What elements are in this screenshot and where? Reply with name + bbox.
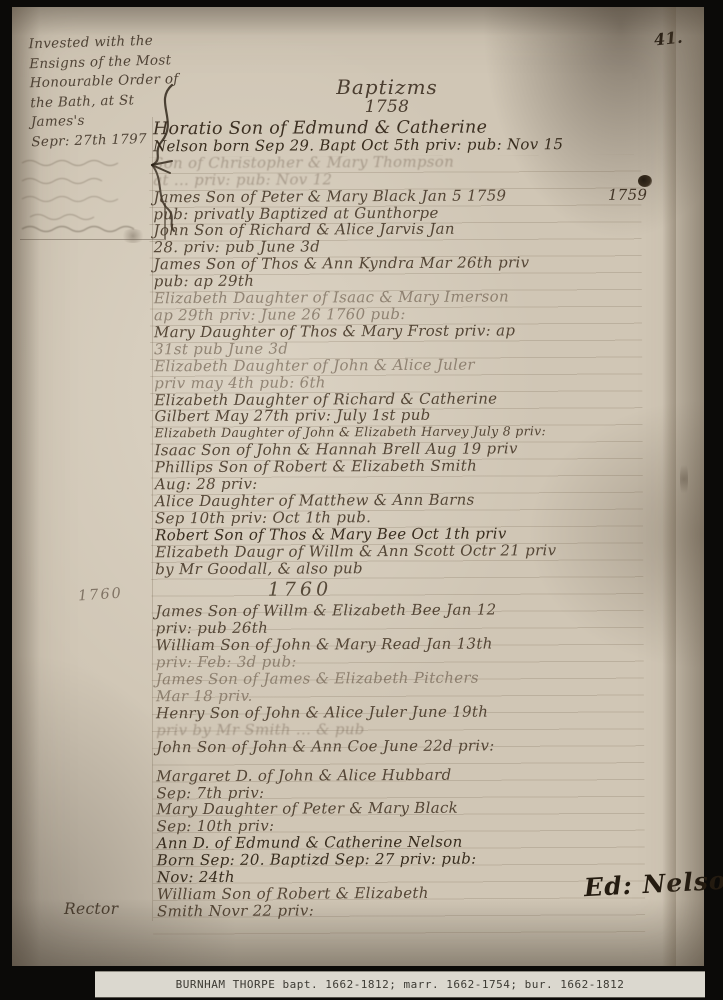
register-lines: Horatio Son of Edmund & CatherineNelson … (153, 119, 639, 920)
ink-blot (638, 175, 652, 187)
register-line: 1760 (155, 576, 444, 604)
smudge (680, 459, 688, 499)
rector-label: Rector (64, 900, 118, 918)
heading-year: 1758 (282, 97, 492, 117)
register-line: by Mr Goodall, & also pub (155, 558, 637, 577)
register-line: Smith Novr 22 priv: (157, 901, 639, 920)
year-margin-label: 1759 (608, 186, 647, 203)
screenshot-root: { "photo": { "page_number": "41.", "head… (0, 0, 723, 1000)
page-number: 41. (653, 28, 684, 50)
margin-year-1760: 1760 (77, 585, 123, 604)
archive-caption-bar: BURNHAM THORPE bapt. 1662-1812; marr. 16… (95, 971, 705, 998)
smudge (120, 229, 146, 243)
register-page-photo: Invested with theEnsigns of the MostHono… (12, 7, 704, 966)
heading-title: Baptizms (282, 75, 492, 99)
page-heading: Baptizms 1758 (282, 75, 492, 117)
